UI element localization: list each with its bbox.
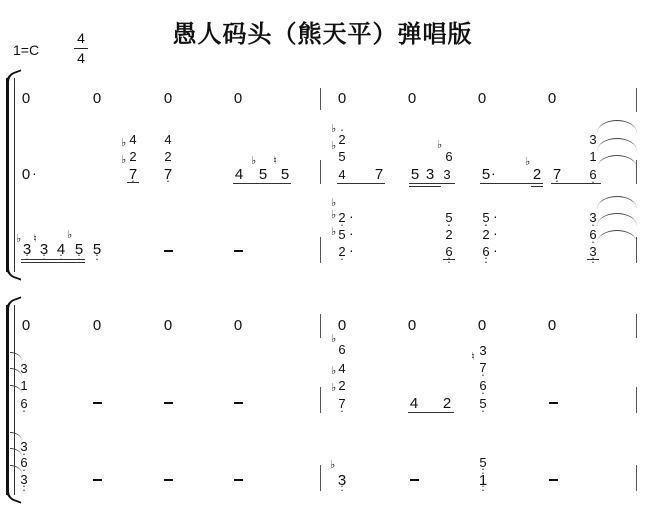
- underline: [408, 412, 454, 413]
- flat-icon: ♭: [251, 156, 256, 167]
- augmentation-dot: ·: [349, 242, 354, 258]
- note: 2: [441, 396, 453, 411]
- underline: [337, 183, 385, 184]
- flat-icon: ♭: [67, 230, 72, 241]
- rest: 0: [20, 91, 32, 106]
- chord-note: 3: [18, 362, 30, 375]
- chord-note: 6: [18, 456, 30, 469]
- natural-icon: ♮: [273, 156, 277, 167]
- chord-note: 6: [480, 245, 492, 258]
- rest: 0: [476, 318, 488, 333]
- chord-note: 2: [443, 228, 455, 241]
- note: 4: [336, 168, 348, 181]
- system-1-bracket: [6, 78, 15, 272]
- chord-note: 5: [336, 150, 348, 163]
- barline: [636, 314, 637, 338]
- note: 7: [551, 167, 563, 182]
- chord-note: 2: [162, 150, 174, 163]
- note: 4: [233, 167, 245, 182]
- barline: [320, 387, 321, 413]
- note: 3: [38, 242, 50, 257]
- underline: [233, 183, 291, 184]
- barline: [636, 88, 637, 112]
- tie: [597, 213, 637, 226]
- underline: [443, 259, 455, 260]
- chord-note: 3: [587, 133, 599, 146]
- flat-icon: ♭: [121, 155, 126, 166]
- barline: [636, 465, 637, 491]
- sustain-dash: [93, 402, 102, 404]
- barline: [636, 387, 637, 413]
- chord-note: 5: [477, 456, 489, 469]
- rest: 0: [476, 91, 488, 106]
- sustain-dash: [164, 402, 173, 404]
- rest: 0: [336, 91, 348, 106]
- note: 3: [21, 242, 33, 257]
- flat-icon: ♭: [437, 140, 442, 151]
- chord-note: 1: [18, 379, 30, 392]
- rest: 0: [162, 318, 174, 333]
- tie: [597, 120, 637, 133]
- augmentation-dot: ·: [493, 208, 498, 224]
- rest: 0: [546, 318, 558, 333]
- time-denominator: 4: [74, 50, 88, 67]
- barline: [320, 314, 321, 338]
- underline: [587, 259, 599, 260]
- chord-note: 3: [18, 440, 30, 453]
- note: 6: [587, 168, 599, 181]
- natural-icon: ♮: [33, 234, 37, 245]
- note: 3: [441, 168, 453, 181]
- underline: [127, 182, 139, 183]
- chord-note: 2: [336, 379, 348, 392]
- underline: [409, 183, 455, 184]
- rest: 0: [232, 318, 244, 333]
- time-numerator: 4: [74, 30, 88, 47]
- flat-icon: ♭: [121, 138, 126, 149]
- chord-note: 7: [162, 167, 174, 182]
- chord-note: 4: [127, 133, 139, 146]
- chord-note: 6: [443, 245, 455, 258]
- rest: 0: [232, 91, 244, 106]
- chord-note: 1: [587, 150, 599, 163]
- tie: [597, 155, 637, 168]
- tie: [597, 196, 637, 209]
- rest: 0: [20, 167, 32, 182]
- sustain-dash: [93, 479, 102, 481]
- note: 1: [477, 473, 489, 488]
- flat-icon: ♭: [330, 460, 335, 471]
- chord-note: 4: [162, 133, 174, 146]
- chord-note: 7: [127, 167, 139, 182]
- augmentation-dot: ·: [491, 165, 496, 181]
- note: 5: [73, 242, 85, 257]
- note: 5: [91, 242, 103, 257]
- flat-icon: ♭: [331, 198, 336, 209]
- sustain-dash: [164, 479, 173, 481]
- tie: [597, 230, 637, 243]
- underline: [480, 183, 543, 184]
- sustain-dash: [234, 250, 243, 252]
- barline: [320, 88, 321, 110]
- tie: [597, 138, 637, 151]
- rest: 0: [546, 91, 558, 106]
- chord-note: 6: [443, 150, 455, 163]
- sustain-dash: [164, 250, 173, 252]
- barline: [320, 465, 321, 491]
- underline: [21, 262, 85, 263]
- underline: [551, 183, 601, 184]
- chord-note: 7: [336, 397, 348, 410]
- note: 5: [409, 167, 421, 182]
- note: 4: [55, 242, 67, 257]
- sustain-dash: [234, 402, 243, 404]
- augmentation-dot: ·: [493, 242, 498, 258]
- rest: 0: [91, 91, 103, 106]
- note: 3: [336, 473, 348, 488]
- augmentation-dot: ·: [32, 165, 37, 181]
- chord-note: 7: [477, 361, 489, 374]
- key-signature: 1=C: [13, 42, 39, 58]
- barline: [320, 237, 321, 263]
- sustain-dash: [549, 479, 558, 481]
- rest: 0: [336, 318, 348, 333]
- chord-note: 5: [477, 397, 489, 410]
- chord-note: 6: [336, 343, 348, 356]
- chord-note: 6: [477, 379, 489, 392]
- tie: [10, 352, 22, 361]
- chord-note: 3: [477, 344, 489, 357]
- chord-note: 6: [18, 397, 30, 410]
- note: 2: [531, 167, 543, 182]
- chord-note: 2: [127, 150, 139, 163]
- rest: 0: [406, 318, 418, 333]
- time-signature: 4 4: [74, 30, 88, 67]
- time-signature-line: [74, 48, 88, 49]
- rest: 0: [406, 91, 418, 106]
- chord-note: 2: [336, 133, 348, 146]
- barline: [320, 160, 321, 184]
- sustain-dash: [234, 479, 243, 481]
- augmentation-dot: ·: [349, 225, 354, 241]
- rest: 0: [20, 318, 32, 333]
- score-title: 愚人码头（熊天平）弹唱版: [0, 14, 645, 49]
- flat-icon: ♭: [525, 157, 530, 168]
- note: 5: [257, 167, 269, 182]
- chord-note: 2: [336, 245, 348, 258]
- chord-note: 2: [480, 228, 492, 241]
- rest: 0: [162, 91, 174, 106]
- chord-note: 4: [336, 362, 348, 375]
- sustain-dash: [549, 402, 558, 404]
- augmentation-dot: ·: [493, 225, 498, 241]
- chord-note: 3: [587, 245, 599, 258]
- underline: [531, 186, 543, 187]
- note: 4: [408, 396, 420, 411]
- rest: 0: [91, 318, 103, 333]
- sustain-dash: [410, 479, 419, 481]
- note: 3: [424, 167, 436, 182]
- augmentation-dot: ·: [349, 208, 354, 224]
- underline: [21, 259, 85, 260]
- chord-note: 5: [336, 228, 348, 241]
- natural-icon: ♮: [471, 352, 475, 363]
- underline: [409, 186, 441, 187]
- chord-note: 3: [18, 473, 30, 486]
- note: 7: [373, 167, 385, 182]
- note: 5: [279, 167, 291, 182]
